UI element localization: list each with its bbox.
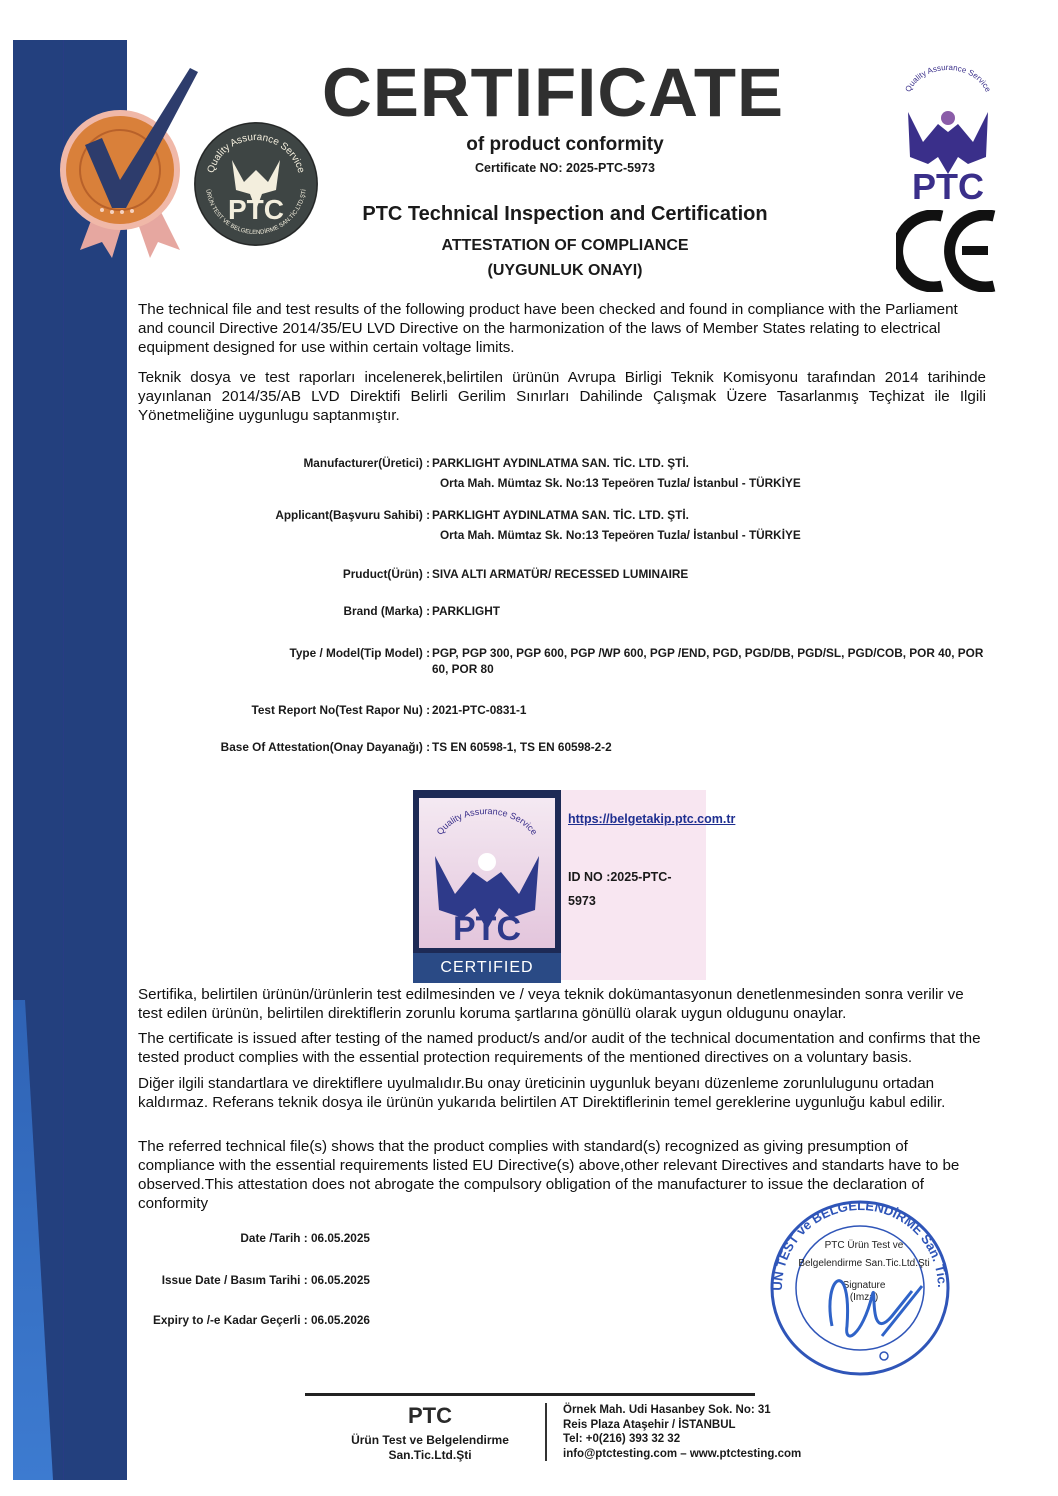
badge-eagle-area: Quality Assurance Service PTC	[419, 798, 555, 948]
certified-label: CERTIFIED	[413, 953, 561, 983]
svg-text:Belgelendirme San.Tic.Ltd.Şti: Belgelendirme San.Tic.Ltd.Şti	[798, 1258, 929, 1269]
official-stamp-signature: PTC ÜRÜN TEST ve BELGELENDİRME San. Tic.…	[762, 1196, 1002, 1386]
footer-address-1: Örnek Mah. Udi Hasanbey Sok. No: 31	[563, 1403, 893, 1418]
footer-divider-line	[305, 1393, 755, 1396]
ptc-certified-badge: Quality Assurance Service PTC CERTIFIED	[413, 790, 561, 983]
base-attestation-label: Base Of Attestation(Onay Dayanağı) :	[221, 739, 430, 755]
attestation-heading-tr: (UYGUNLUK ONAYI)	[380, 262, 750, 280]
attestation-heading: ATTESTATION OF COMPLIANCE	[380, 237, 750, 255]
organization-name: PTC Technical Inspection and Certificati…	[330, 203, 800, 226]
applicant-label: Applicant(Başvuru Sahibi) :	[275, 507, 430, 523]
quality-assurance-seal: PTC Quality Assurance Service ÜRÜN TEST …	[192, 120, 320, 248]
intro-english: The technical file and test results of t…	[138, 300, 986, 357]
footer-brand: PTC	[330, 1403, 530, 1429]
statement-english-1: The certificate is issued after testing …	[138, 1029, 986, 1067]
expiry-date-field: Expiry to /-e Kadar Geçerli : 06.05.2026	[130, 1313, 370, 1327]
test-report-value: 2021-PTC-0831-1	[432, 702, 992, 718]
product-value: SIVA ALTI ARMATÜR/ RECESSED LUMINAIRE	[432, 566, 992, 582]
statement-turkish-1: Sertifika, belirtilen ürünün/ürünlerin t…	[138, 985, 986, 1023]
svg-text:PTC: PTC	[912, 166, 984, 207]
svg-text:Signature: Signature	[843, 1280, 886, 1291]
applicant-value: PARKLIGHT AYDINLATMA SAN. TİC. LTD. ŞTİ.	[432, 507, 992, 523]
manufacturer-label: Manufacturer(Üretici) :	[303, 455, 430, 471]
footer-email-web[interactable]: info@ptctesting.com – www.ptctesting.com	[563, 1447, 893, 1462]
ptc-eagle-logo: Quality Assurance Service PTC	[898, 52, 998, 207]
footer-address-2: Reis Plaza Ataşehir / İSTANBUL	[563, 1418, 893, 1433]
svg-text:Quality Assurance Service: Quality Assurance Service	[903, 63, 992, 94]
footer-contact-block: Örnek Mah. Udi Hasanbey Sok. No: 31 Reis…	[563, 1403, 893, 1461]
footer-phone: Tel: +0(216) 393 32 32	[563, 1432, 893, 1447]
certificate-number: Certificate NO: 2025-PTC-5973	[400, 161, 730, 175]
medal-checkmark-icon	[40, 60, 215, 260]
date-field: Date /Tarih : 06.05.2025	[130, 1231, 370, 1245]
ce-mark-icon	[896, 210, 1000, 292]
issue-date-field: Issue Date / Basım Tarihi : 06.05.2025	[130, 1273, 370, 1287]
model-value: PGP, PGP 300, PGP 600, PGP /WP 600, PGP …	[432, 645, 992, 677]
svg-text:Quality Assurance Service: Quality Assurance Service	[435, 806, 540, 837]
manufacturer-value: PARKLIGHT AYDINLATMA SAN. TİC. LTD. ŞTİ.	[432, 455, 992, 471]
footer-vertical-divider	[545, 1403, 547, 1461]
verification-link[interactable]: https://belgetakip.ptc.com.tr	[568, 812, 698, 826]
base-attestation-value: TS EN 60598-1, TS EN 60598-2-2	[432, 739, 992, 755]
svg-text:PTC Ürün Test ve: PTC Ürün Test ve	[825, 1239, 904, 1251]
svg-text:PTC: PTC	[453, 910, 521, 948]
brand-value: PARKLIGHT	[432, 603, 992, 619]
certificate-id-number: ID NO :2025-PTC-5973	[568, 865, 698, 913]
footer-company-name: Ürün Test ve Belgelendirme San.Tic.Ltd.Ş…	[330, 1433, 530, 1463]
certificate-subtitle: of product conformity	[400, 134, 730, 156]
certificate-title: CERTIFICATE	[322, 58, 752, 127]
intro-turkish: Teknik dosya ve test raporları incelener…	[138, 368, 986, 425]
test-report-label: Test Report No(Test Rapor Nu) :	[252, 702, 430, 718]
statement-turkish-2: Diğer ilgili standartlara ve direktifler…	[138, 1074, 986, 1112]
model-label: Type / Model(Tip Model) :	[290, 645, 430, 661]
product-label: Pruduct(Ürün) :	[343, 566, 430, 582]
brand-label: Brand (Marka) :	[343, 603, 430, 619]
svg-text:PTC: PTC	[228, 194, 284, 225]
